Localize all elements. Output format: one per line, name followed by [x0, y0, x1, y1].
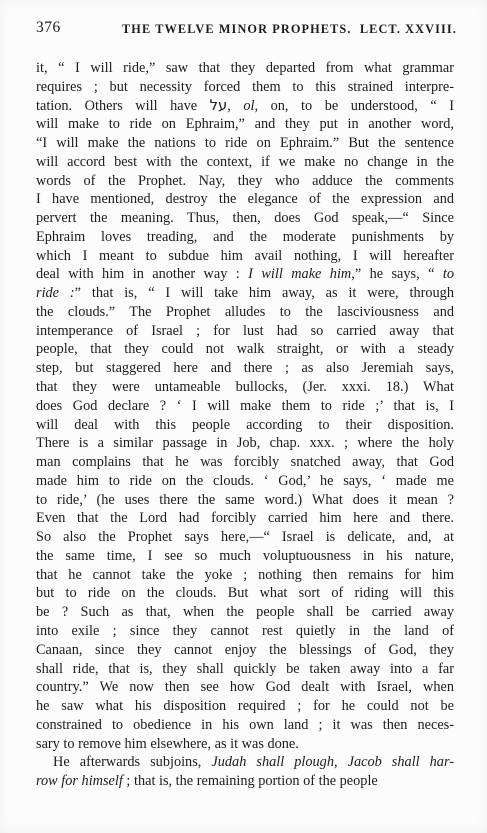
text-line: the same time, I see so much voluptuousn… — [36, 547, 454, 566]
text-line: does God declare ? ‘ I will make them to… — [36, 397, 454, 416]
text-line: step, but staggered here and there ; as … — [36, 359, 454, 378]
text-line: will deal with this people according to … — [36, 416, 454, 435]
text-line: will make to ride on Ephraim,” and they … — [36, 115, 454, 134]
text-line: There is a similar passage in Job, chap.… — [36, 434, 454, 453]
text-line: words of the Prophet. Nay, they who addu… — [36, 172, 454, 191]
paragraph: He afterwards subjoins, Judah shall plou… — [36, 753, 454, 791]
text-line: He afterwards subjoins, Judah shall plou… — [36, 753, 454, 772]
text-line: “I will make the nations to ride on Ephr… — [36, 134, 454, 153]
text-line: pervert the meaning. Thus, then, does Go… — [36, 209, 454, 228]
text-line: will accord best with the context, if we… — [36, 153, 454, 172]
text-line: country.” We now then see how God dealt … — [36, 678, 454, 697]
hebrew-word: על — [210, 97, 228, 114]
text-line: people, that they could not walk straigh… — [36, 340, 454, 359]
text-line: be ? Such as that, when the people shall… — [36, 603, 454, 622]
text-body: it, “ I will ride,” saw that they depart… — [36, 59, 454, 791]
text-line: Ephraim loves treading, and the moderate… — [36, 228, 454, 247]
text-line: sary to remove him elsewhere, as it was … — [36, 735, 454, 754]
text-line: which I meant to subdue him avail nothin… — [36, 247, 454, 266]
text-line: I have mentioned, destroy the elegance o… — [36, 190, 454, 209]
text-line: but to ride on the clouds. But what sort… — [36, 584, 454, 603]
paragraph: it, “ I will ride,” saw that they depart… — [36, 59, 454, 753]
book-page: 376 THE TWELVE MINOR PROPHETS. LECT. XXV… — [0, 0, 487, 833]
page-number: 376 — [36, 19, 61, 37]
text-line: row for himself ; that is, the remaining… — [36, 772, 454, 791]
text-line: tation. Others will have על, ol, on, to … — [36, 97, 454, 116]
text-line: it, “ I will ride,” saw that they depart… — [36, 59, 454, 78]
text-line: into exile ; since they cannot rest quie… — [36, 622, 454, 641]
text-line: made him to ride on the clouds. ‘ God,’ … — [36, 472, 454, 491]
text-line: Even that the Lord had forcibly carried … — [36, 509, 454, 528]
running-title: THE TWELVE MINOR PROPHETS. LECT. XXVIII. — [122, 22, 457, 37]
text-line: the clouds.” The Prophet alludes to the … — [36, 303, 454, 322]
text-line: to ride,’ (he uses there the same word.)… — [36, 491, 454, 510]
text-line: shall ride, that is, they shall quickly … — [36, 660, 454, 679]
text-line: constrained to obedience in his own land… — [36, 716, 454, 735]
text-line: intemperance of Israel ; for lust had so… — [36, 322, 454, 341]
text-line: So also the Prophet says here,—“ Israel … — [36, 528, 454, 547]
text-line: man complains that he was forcibly snatc… — [36, 453, 454, 472]
text-line: he saw what his disposition required ; f… — [36, 697, 454, 716]
text-line: requires ; but necessity forced them to … — [36, 78, 454, 97]
text-line: Canaan, since they cannot enjoy the bles… — [36, 641, 454, 660]
text-line: ride :” that is, “ I will take him away,… — [36, 284, 454, 303]
text-line: deal with him in another way : I will ma… — [36, 265, 454, 284]
text-line: that they were untameable bullocks, (Jer… — [36, 378, 454, 397]
text-line: that he cannot take the yoke ; nothing t… — [36, 566, 454, 585]
